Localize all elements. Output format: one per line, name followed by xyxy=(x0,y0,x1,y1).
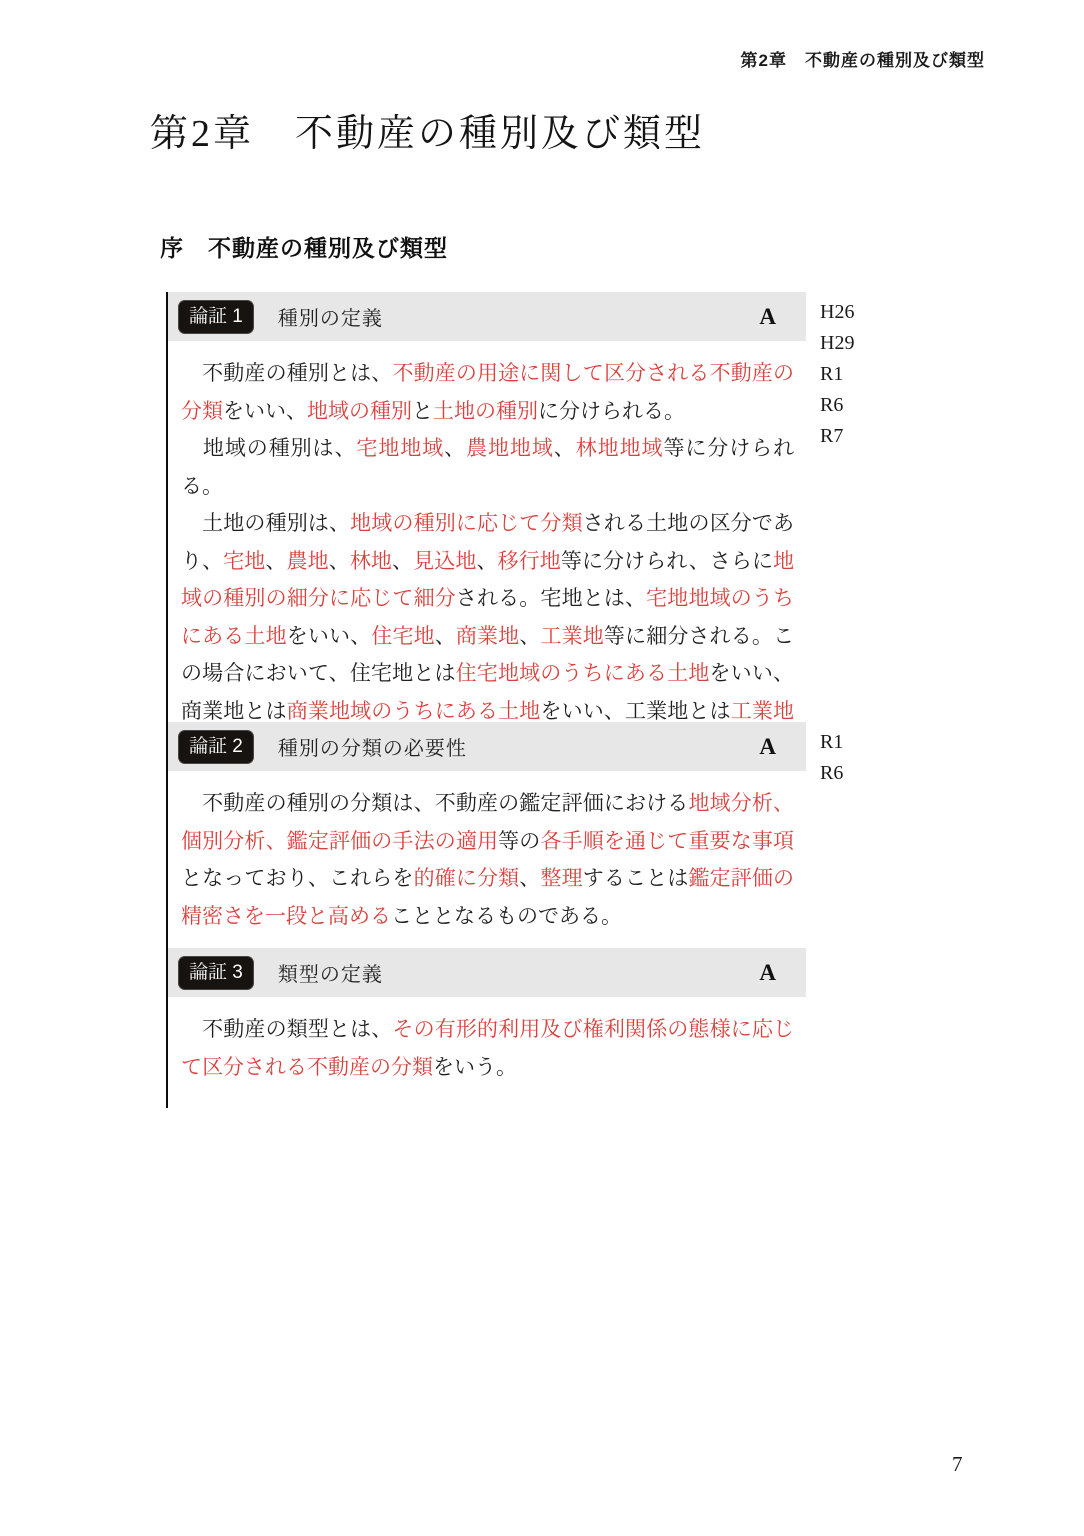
ronsho-badge: 論証 2 xyxy=(178,730,254,764)
grade-label: A xyxy=(759,734,776,760)
ronsho-title: 種別の定義 xyxy=(278,302,383,331)
exam-year-label: R6 xyxy=(820,390,854,421)
body-paragraph: 地域の種別は、宅地地域、農地地域、林地地域等に分けられる。 xyxy=(181,430,794,505)
highlight-red-text: 農地 xyxy=(287,549,329,573)
body-text: することは xyxy=(583,866,689,890)
body-text: こととなるものである。 xyxy=(391,904,622,928)
grade-label: A xyxy=(759,960,776,986)
ronsho-block-1: 論証 1 種別の定義 A H26 H29 R1 R6 R7 不動産の種別とは、不… xyxy=(166,292,806,790)
ronsho-block-3: 論証 3 類型の定義 A 不動産の類型とは、その有形的利用及び権利関係の態様に応… xyxy=(166,948,806,1108)
body-text: 、 xyxy=(554,436,576,460)
highlight-red-text: 見込地 xyxy=(413,549,476,573)
body-text: 地域の種別は、 xyxy=(181,436,356,460)
ronsho-body: 不動産の種別とは、不動産の用途に関して区分される不動産の分類をいい、地域の種別と… xyxy=(168,341,794,768)
body-text: 、 xyxy=(392,549,413,573)
exam-year-label: R7 xyxy=(820,421,854,452)
highlight-red-text: 住宅地域のうちにある土地 xyxy=(456,661,710,685)
body-text: をいう。 xyxy=(433,1055,517,1079)
ronsho-body: 不動産の種別の分類は、不動産の鑑定評価における地域分析、個別分析、鑑定評価の手法… xyxy=(168,771,794,935)
ronsho-title: 類型の定義 xyxy=(278,958,383,987)
highlight-red-text: 土地の種別 xyxy=(433,399,538,423)
body-text: と xyxy=(412,399,433,423)
ronsho-badge: 論証 1 xyxy=(178,300,254,334)
ronsho-block-3-header: 論証 3 類型の定義 A xyxy=(168,948,806,997)
body-paragraph: 不動産の種別とは、不動産の用途に関して区分される不動産の分類をいい、地域の種別と… xyxy=(181,355,794,430)
highlight-red-text: 宅地地域 xyxy=(356,436,444,460)
body-text: 不動産の類型とは、 xyxy=(181,1017,392,1041)
highlight-red-text: 的確に分類 xyxy=(414,866,520,890)
exam-year-labels: R1 R6 xyxy=(820,727,843,789)
body-text: 不動産の種別とは、 xyxy=(181,361,392,385)
body-text: をいい、 xyxy=(287,624,372,648)
body-text: される。宅地とは、 xyxy=(456,586,646,610)
ronsho-block-2: 論証 2 種別の分類の必要性 A R1 R6 不動産の種別の分類は、不動産の鑑定… xyxy=(166,722,806,957)
highlight-red-text: 住宅地 xyxy=(371,624,434,648)
highlight-red-text: 地域の種別 xyxy=(307,399,412,423)
highlight-red-text: 工業地 xyxy=(540,624,603,648)
section-heading: 序 不動産の種別及び類型 xyxy=(160,230,448,263)
document-page: 第2章 不動産の種別及び類型 第2章 不動産の種別及び類型 序 不動産の種別及び… xyxy=(0,0,1084,1536)
grade-label: A xyxy=(759,304,776,330)
ronsho-badge: 論証 3 xyxy=(178,956,254,990)
body-text: となっており、これらを xyxy=(181,866,414,890)
body-text: 土地の種別は、 xyxy=(181,511,350,535)
ronsho-block-1-header: 論証 1 種別の定義 A xyxy=(168,292,806,341)
highlight-red-text: 地域の種別に応じて分類 xyxy=(350,511,583,535)
body-text: 、 xyxy=(329,549,350,573)
highlight-red-text: 林地地域 xyxy=(576,436,664,460)
page-number: 7 xyxy=(952,1452,963,1477)
exam-year-label: H29 xyxy=(820,328,854,359)
highlight-red-text: 宅地 xyxy=(223,549,265,573)
running-header: 第2章 不動産の種別及び類型 xyxy=(741,46,985,71)
body-text: をいい、工業地とは xyxy=(540,699,730,723)
highlight-red-text: 林地 xyxy=(350,549,392,573)
highlight-red-text: 商業地域のうちにある土地 xyxy=(287,699,541,723)
body-text: 、 xyxy=(519,624,540,648)
body-text: 不動産の種別の分類は、不動産の鑑定評価における xyxy=(181,791,688,815)
body-text: 、 xyxy=(519,866,540,890)
highlight-red-text: 各手順を通じて重要な事項 xyxy=(540,829,794,853)
ronsho-body: 不動産の類型とは、その有形的利用及び権利関係の態様に応じて区分される不動産の分類… xyxy=(168,997,794,1086)
body-text: 、 xyxy=(435,624,456,648)
body-paragraph: 不動産の種別の分類は、不動産の鑑定評価における地域分析、個別分析、鑑定評価の手法… xyxy=(181,785,794,935)
chapter-title: 第2章 不動産の種別及び類型 xyxy=(150,102,705,157)
exam-year-label: R1 xyxy=(820,359,854,390)
body-paragraph: 不動産の類型とは、その有形的利用及び権利関係の態様に応じて区分される不動産の分類… xyxy=(181,1011,794,1086)
exam-year-label: R6 xyxy=(820,758,843,789)
ronsho-title: 種別の分類の必要性 xyxy=(278,732,467,761)
body-text: に分けられる。 xyxy=(538,399,685,423)
highlight-red-text: 商業地 xyxy=(456,624,519,648)
body-text: 、 xyxy=(444,436,466,460)
exam-year-labels: H26 H29 R1 R6 R7 xyxy=(820,297,854,452)
highlight-red-text: 移行地 xyxy=(498,549,561,573)
body-text: 、 xyxy=(476,549,497,573)
body-text: 等の xyxy=(498,829,540,853)
body-text: 、 xyxy=(265,549,286,573)
body-text: 商業地とは xyxy=(181,699,287,723)
ronsho-block-2-header: 論証 2 種別の分類の必要性 A xyxy=(168,722,806,771)
body-text: 等に分けられ、さらに xyxy=(561,549,773,573)
body-text: をいい、 xyxy=(710,661,794,685)
exam-year-label: H26 xyxy=(820,297,854,328)
highlight-red-text: 整理 xyxy=(540,866,582,890)
exam-year-label: R1 xyxy=(820,727,843,758)
highlight-red-text: 農地地域 xyxy=(466,436,554,460)
body-text: をいい、 xyxy=(223,399,307,423)
